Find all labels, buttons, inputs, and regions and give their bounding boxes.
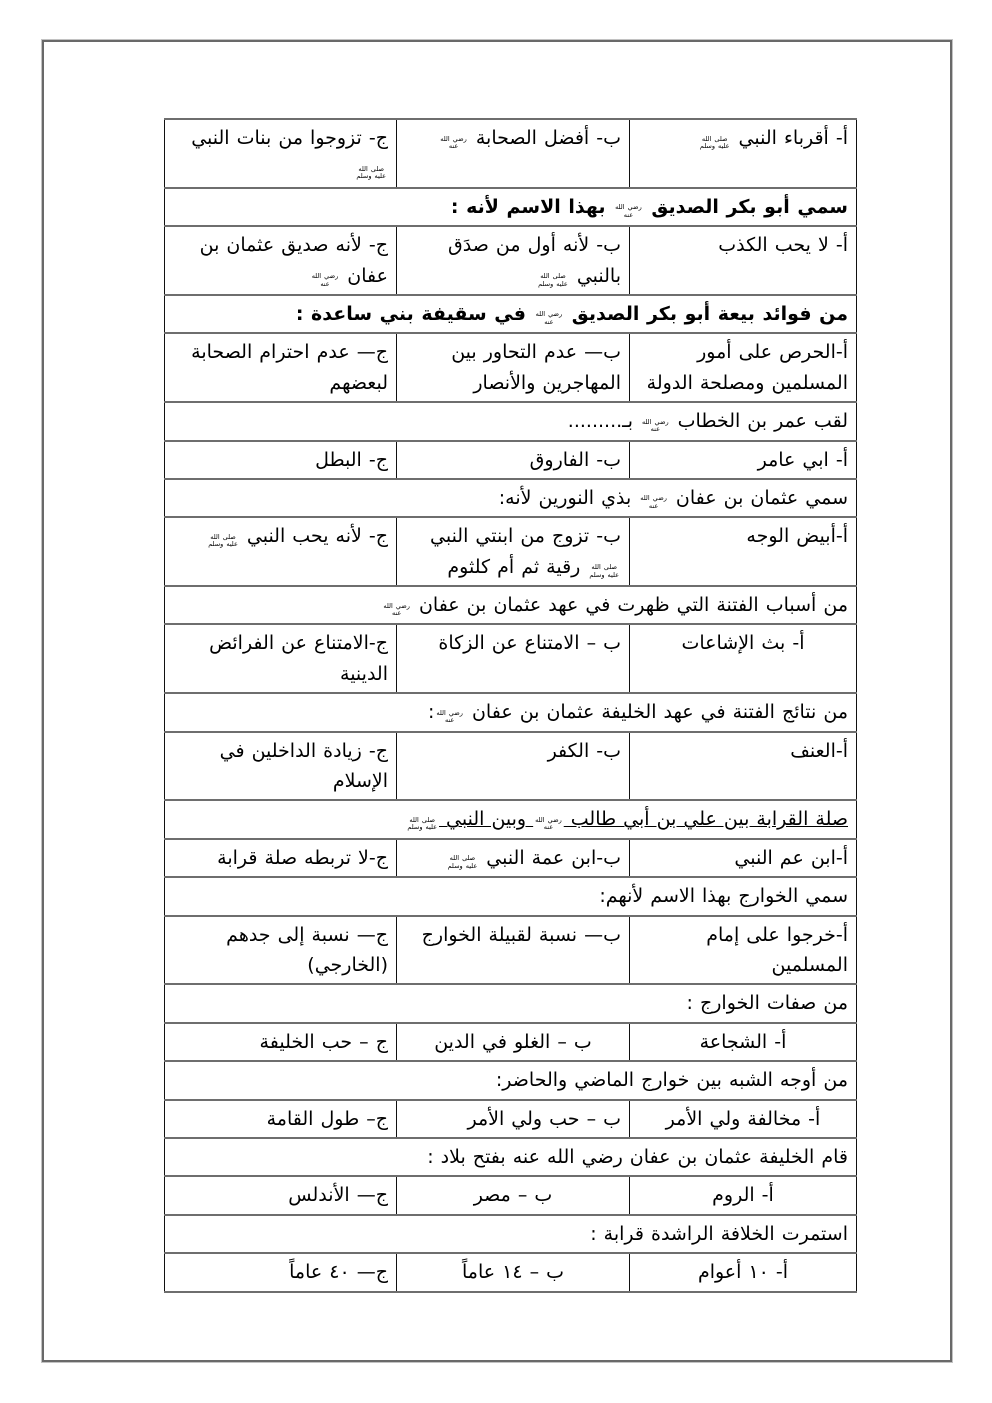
option-cell-j: ج- لأنه صديق عثمان بن عفان رضي اللهعنه (165, 226, 397, 295)
option-cell-a: أ-ابن عم النبي (630, 839, 857, 877)
options-row: أ- ابي عامرب- الفاروقج- البطل (165, 441, 857, 479)
option-cell-b: ب- لأنه أول من صدَق بالنبي صلى اللهعليه … (397, 226, 630, 295)
question-row: استمرت الخلافة الراشدة قرابة : (165, 1215, 857, 1253)
saw-symbol: صلى اللهعليه وسلم (448, 855, 478, 870)
question-text: سمي عثمان بن عفان رضي اللهعنه بذي النوري… (165, 479, 857, 517)
ra-symbol: رضي اللهعنه (383, 603, 410, 618)
question-row: من فوائد بيعة أبو بكر الصديق رضي اللهعنه… (165, 295, 857, 333)
question-row: صلة القرابة بين علي بن أبي طالب رضي الله… (165, 800, 857, 838)
question-text: من أوجه الشبه بين خوارج الماضي والحاضر: (165, 1061, 857, 1099)
quiz-table: أ- أقرباء النبي صلى اللهعليه وسلمب- أفضل… (164, 118, 857, 1293)
option-cell-j: ج- لأنه يحب النبي صلى اللهعليه وسلم (165, 517, 397, 586)
quiz-table-body: أ- أقرباء النبي صلى اللهعليه وسلمب- أفضل… (165, 119, 857, 1292)
question-row: سمي الخوارج بهذا الاسم لأنهم: (165, 877, 857, 915)
option-cell-b: ب – مصر (397, 1176, 630, 1214)
document-page: أ- أقرباء النبي صلى اللهعليه وسلمب- أفضل… (0, 0, 992, 1403)
option-cell-a: أ-أبيض الوجه (630, 517, 857, 586)
options-row: أ- بث الإشاعاتب – الامتناع عن الزكاةج-ال… (165, 624, 857, 693)
ra-symbol: رضي اللهعنه (640, 495, 667, 510)
option-cell-a: أ-الحرص على أمور المسلمين ومصلحة الدولة (630, 333, 857, 402)
option-cell-j: ج– طول القامة (165, 1100, 397, 1138)
option-cell-b: ب- تزوج من ابنتي النبي صلى اللهعليه وسلم… (397, 517, 630, 586)
options-row: أ- الرومب – مصرج— الأندلس (165, 1176, 857, 1214)
question-text: لقب عمر بن الخطاب رضي اللهعنه بـ........… (165, 402, 857, 440)
question-text: من أسباب الفتنة التي ظهرت في عهد عثمان ب… (165, 586, 857, 624)
page-border: أ- أقرباء النبي صلى اللهعليه وسلمب- أفضل… (42, 40, 952, 1362)
question-text: من صفات الخوارج : (165, 984, 857, 1022)
option-cell-b: ب – ١٤ عاماً (397, 1253, 630, 1291)
ra-symbol: رضي اللهعنه (535, 817, 562, 832)
options-row: أ-أبيض الوجهب- تزوج من ابنتي النبي صلى ا… (165, 517, 857, 586)
option-cell-a: أ- لا يحب الكذب (630, 226, 857, 295)
question-row: من أسباب الفتنة التي ظهرت في عهد عثمان ب… (165, 586, 857, 624)
question-text: قام الخليفة عثمان بن عفان رضي الله عنه ب… (165, 1138, 857, 1176)
ra-symbol: رضي اللهعنه (536, 311, 563, 326)
option-cell-j: ج- تزوجوا من بنات النبي صلى اللهعليه وسل… (165, 119, 397, 188)
option-cell-j: ج— ٤٠ عاماً (165, 1253, 397, 1291)
option-cell-b: ب-ابن عمة النبي صلى اللهعليه وسلم (397, 839, 630, 877)
options-row: أ-خرجوا على إمام المسلمينب— نسبة لقبيلة … (165, 916, 857, 985)
saw-symbol: صلى اللهعليه وسلم (589, 564, 619, 579)
option-cell-j: ج- زيادة الداخلين في الإسلام (165, 732, 397, 801)
question-text: سمي الخوارج بهذا الاسم لأنهم: (165, 877, 857, 915)
question-row: من أوجه الشبه بين خوارج الماضي والحاضر: (165, 1061, 857, 1099)
option-cell-b: ب— نسبة لقبيلة الخوارج (397, 916, 630, 985)
option-cell-a: أ-العنف (630, 732, 857, 801)
option-cell-b: ب- الكفر (397, 732, 630, 801)
option-cell-b: ب- أفضل الصحابة رضي اللهعنه (397, 119, 630, 188)
saw-symbol: صلى اللهعليه وسلم (208, 534, 238, 549)
option-cell-j: ج-لا تربطه صلة قرابة (165, 839, 397, 877)
option-cell-j: ج— الأندلس (165, 1176, 397, 1214)
option-cell-a: أ- ابي عامر (630, 441, 857, 479)
ra-symbol: رضي اللهعنه (642, 419, 669, 434)
option-cell-a: أ- بث الإشاعات (630, 624, 857, 693)
option-cell-a: أ- مخالفة ولي الأمر (630, 1100, 857, 1138)
question-row: سمي عثمان بن عفان رضي اللهعنه بذي النوري… (165, 479, 857, 517)
option-cell-a: أ- الروم (630, 1176, 857, 1214)
saw-symbol: صلى اللهعليه وسلم (700, 136, 730, 151)
option-cell-a: أ- الشجاعة (630, 1023, 857, 1061)
option-cell-b: ب— عدم التحاور بين المهاجرين والأنصار (397, 333, 630, 402)
question-row: قام الخليفة عثمان بن عفان رضي الله عنه ب… (165, 1138, 857, 1176)
options-row: أ-ابن عم النبيب-ابن عمة النبي صلى اللهعل… (165, 839, 857, 877)
option-cell-b: ب – الامتناع عن الزكاة (397, 624, 630, 693)
ra-symbol: رضي اللهعنه (440, 136, 467, 151)
question-row: من نتائج الفتنة في عهد الخليفة عثمان بن … (165, 693, 857, 731)
options-row: أ-العنفب- الكفرج- زيادة الداخلين في الإس… (165, 732, 857, 801)
question-text: من فوائد بيعة أبو بكر الصديق رضي اللهعنه… (165, 295, 857, 333)
question-text: سمي أبو بكر الصديق رضي اللهعنه بهذا الاس… (165, 188, 857, 226)
ra-symbol: رضي اللهعنه (615, 204, 642, 219)
option-cell-b: ب- الفاروق (397, 441, 630, 479)
question-row: من صفات الخوارج : (165, 984, 857, 1022)
saw-symbol: صلى اللهعليه وسلم (356, 166, 386, 181)
options-row: أ- لا يحب الكذبب- لأنه أول من صدَق بالنب… (165, 226, 857, 295)
option-cell-a: أ- ١٠ أعوام (630, 1253, 857, 1291)
option-cell-j: ج- البطل (165, 441, 397, 479)
ra-symbol: رضي اللهعنه (312, 273, 339, 288)
saw-symbol: صلى اللهعليه وسلم (407, 817, 437, 832)
option-cell-j: ج— عدم احترام الصحابة لبعضهم (165, 333, 397, 402)
option-cell-j: ج-الامتناع عن الفرائض الدينية (165, 624, 397, 693)
saw-symbol: صلى اللهعليه وسلم (538, 273, 568, 288)
question-text: صلة القرابة بين علي بن أبي طالب رضي الله… (165, 800, 857, 838)
ra-symbol: رضي اللهعنه (436, 710, 463, 725)
option-cell-a: أ-خرجوا على إمام المسلمين (630, 916, 857, 985)
options-row: أ- أقرباء النبي صلى اللهعليه وسلمب- أفضل… (165, 119, 857, 188)
question-row: سمي أبو بكر الصديق رضي اللهعنه بهذا الاس… (165, 188, 857, 226)
option-cell-j: ج— نسبة إلى جدهم (الخارجي) (165, 916, 397, 985)
option-cell-a: أ- أقرباء النبي صلى اللهعليه وسلم (630, 119, 857, 188)
question-text: استمرت الخلافة الراشدة قرابة : (165, 1215, 857, 1253)
options-row: أ- ١٠ أعوامب – ١٤ عاماًج— ٤٠ عاماً (165, 1253, 857, 1291)
option-cell-j: ج – حب الخليفة (165, 1023, 397, 1061)
options-row: أ- مخالفة ولي الأمرب – حب ولي الأمرج– طو… (165, 1100, 857, 1138)
option-cell-b: ب – حب ولي الأمر (397, 1100, 630, 1138)
question-row: لقب عمر بن الخطاب رضي اللهعنه بـ........… (165, 402, 857, 440)
option-cell-b: ب – الغلو في الدين (397, 1023, 630, 1061)
options-row: أ-الحرص على أمور المسلمين ومصلحة الدولةب… (165, 333, 857, 402)
question-text: من نتائج الفتنة في عهد الخليفة عثمان بن … (165, 693, 857, 731)
options-row: أ- الشجاعةب – الغلو في الدينج – حب الخلي… (165, 1023, 857, 1061)
